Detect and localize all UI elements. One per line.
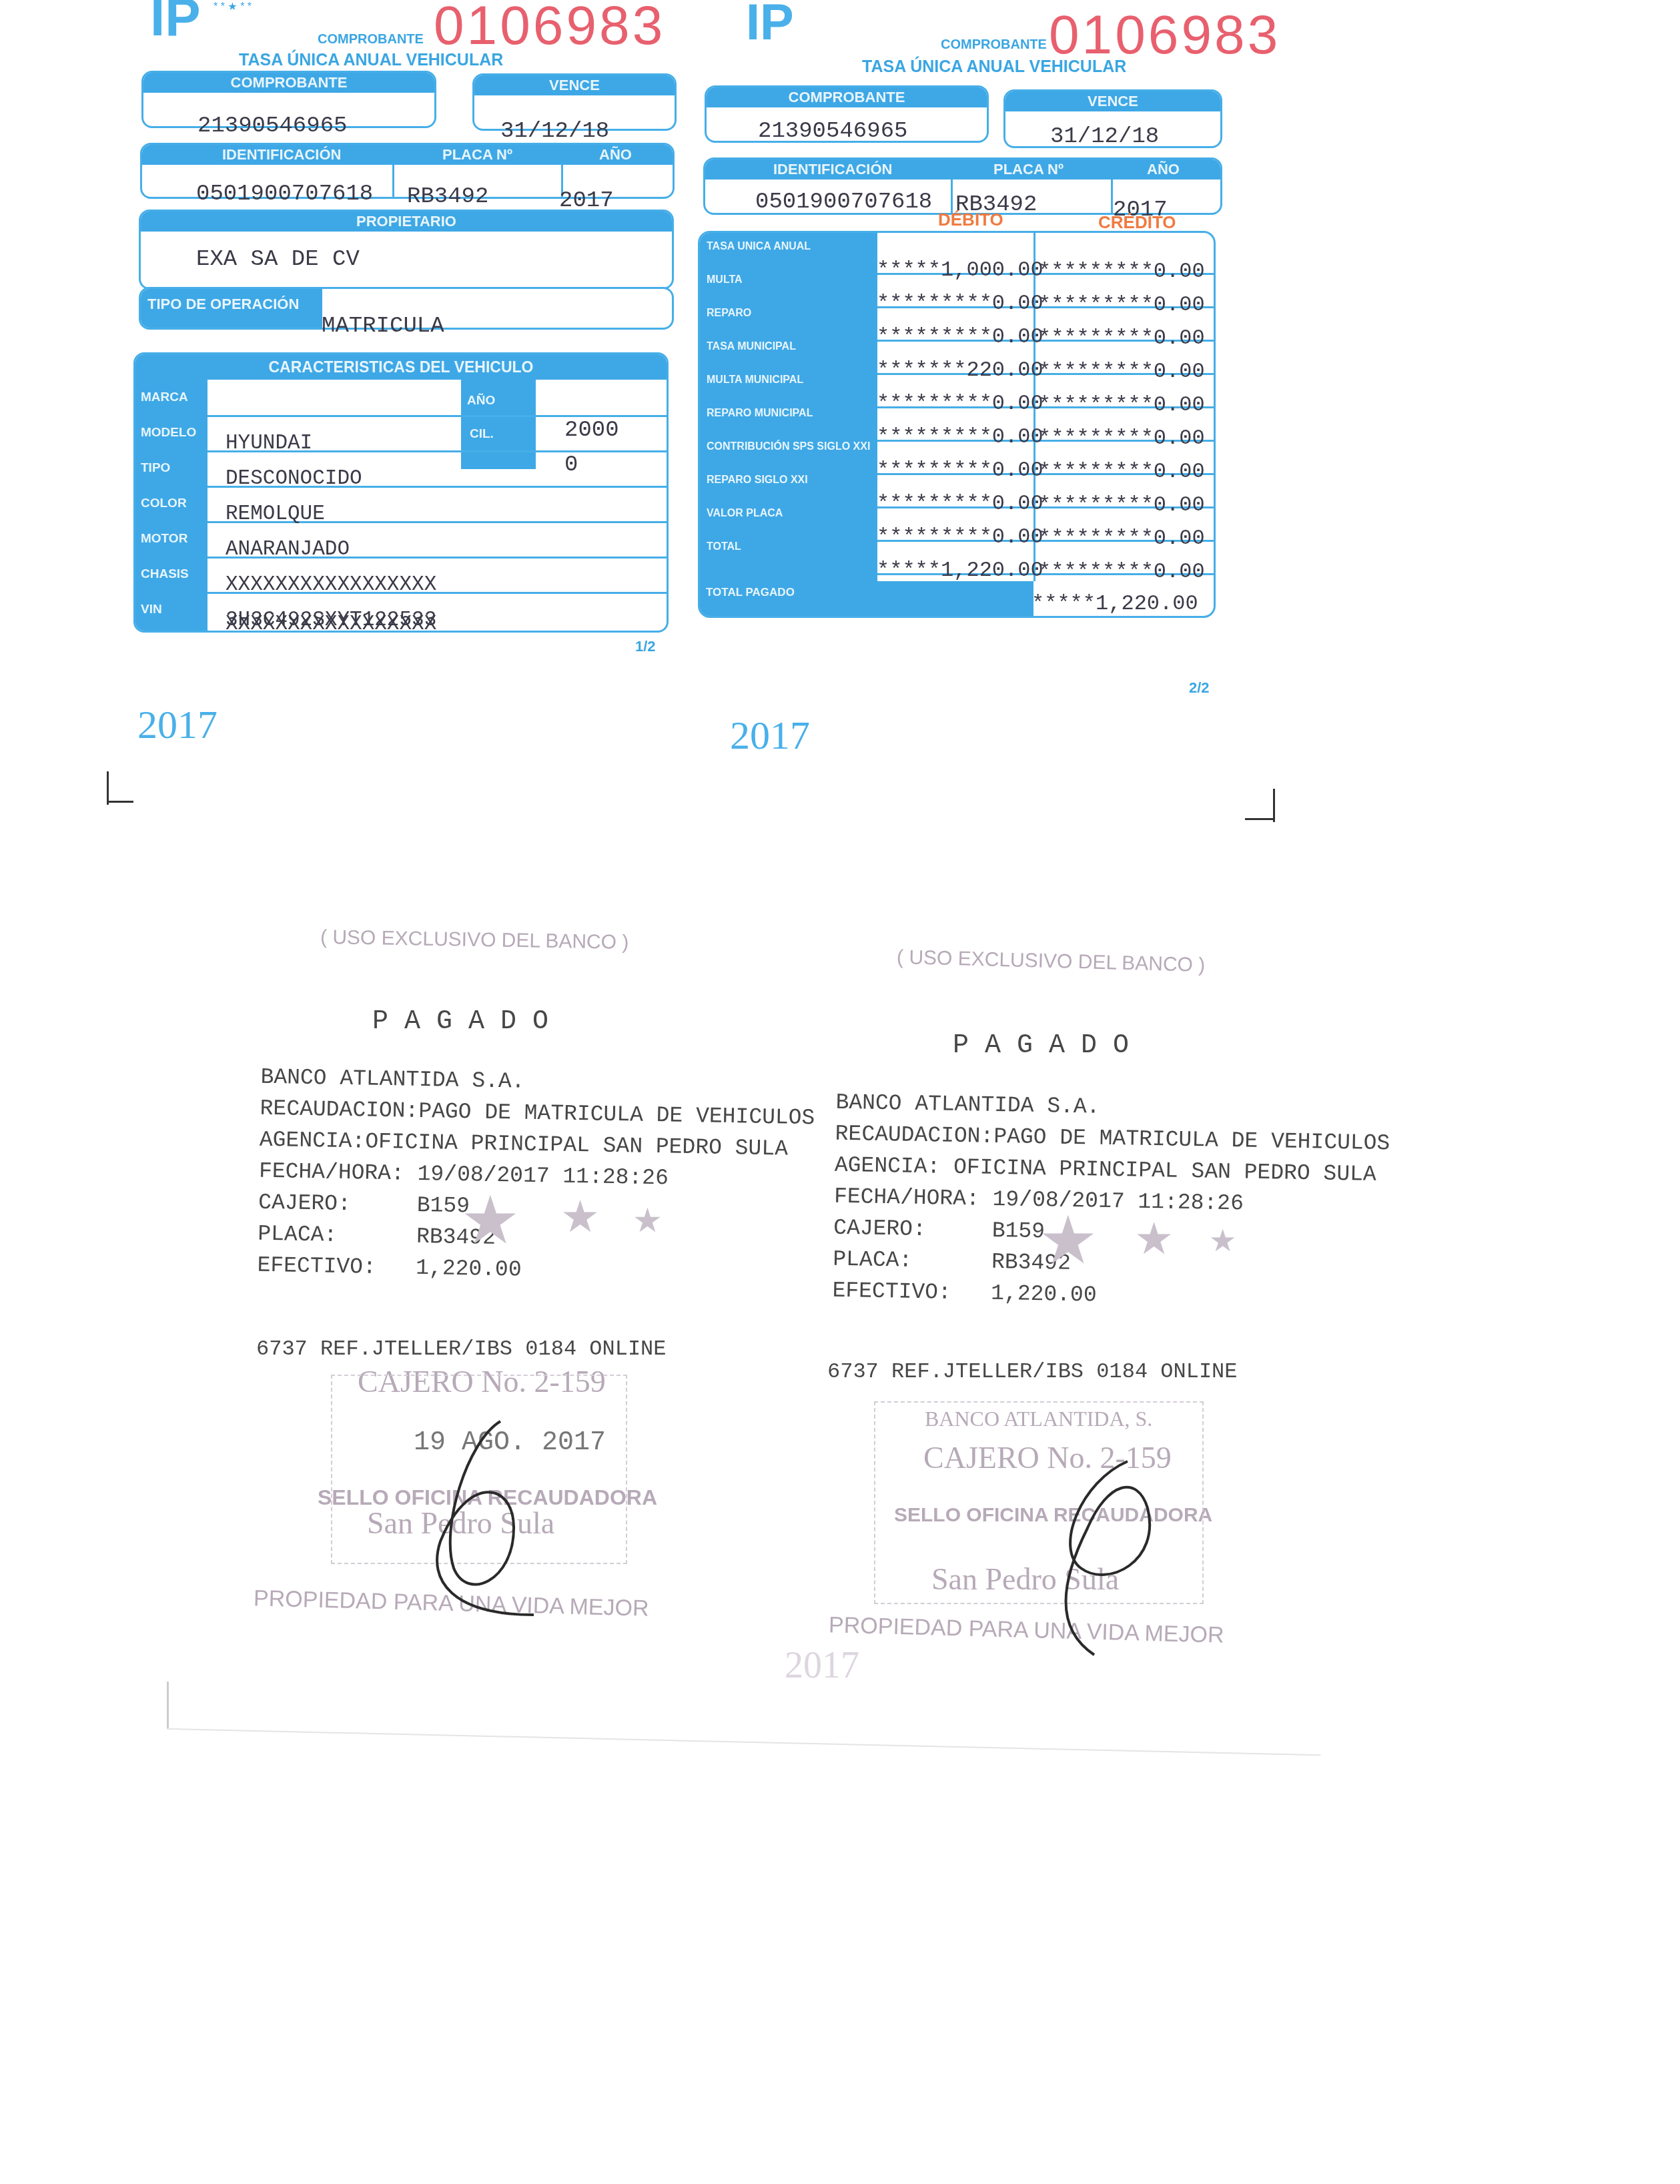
comprobante-header: COMPROBANTE — [707, 87, 987, 107]
uso-exclusivo-label: ( USO EXCLUSIVO DEL BANCO ) — [320, 926, 629, 954]
identificacion-header-bar: IDENTIFICACIÓN PLACA Nº AÑO — [705, 159, 1220, 179]
reference-line: 6737 REF.JTELLER/IBS 0184 ONLINE — [827, 1356, 1238, 1387]
vehicle-field-value: HYUNDAI — [226, 432, 312, 455]
charge-debito: *****1,000.00 — [877, 258, 1043, 282]
comprobante-value: 21390546965 — [758, 119, 907, 144]
charge-credito: *********0.00 — [1038, 559, 1205, 584]
charge-debito: *******220.00 — [877, 358, 1043, 382]
cil-value: 0 — [564, 452, 578, 478]
charge-credito: *********0.00 — [1038, 392, 1205, 417]
vence-header: VENCE — [1005, 91, 1220, 111]
charge-debito: *********0.00 — [877, 458, 1043, 482]
tipo-operacion-label: TIPO DE OPERACIÓN — [147, 296, 299, 312]
charge-label: CONTRIBUCIÓN SPS SIGLO XXI — [707, 441, 870, 453]
year-mark: 2017 — [137, 702, 218, 748]
tipo-operacion-label-bg: TIPO DE OPERACIÓN — [141, 289, 322, 328]
charges-label-column — [700, 233, 877, 616]
vehicle-field-label: COLOR — [141, 496, 187, 511]
total-pagado-value: *****1,220.00 — [1031, 591, 1198, 616]
logo-ip: IP — [150, 0, 201, 48]
charge-credito: *********0.00 — [1038, 526, 1205, 551]
crop-mark — [107, 801, 133, 803]
star-icon: ★ — [560, 1191, 600, 1242]
vehicle-field-value: DESCONOCIDO — [226, 467, 362, 490]
vehicle-field-label: CHASIS — [141, 567, 189, 582]
charge-credito: *********0.00 — [1038, 359, 1205, 384]
vehicle-extra-line: XXXXXXXXXXXXXXXXX — [226, 613, 436, 636]
charge-debito: *********0.00 — [877, 324, 1043, 349]
scan-edge — [167, 1682, 169, 1728]
total-pagado-label: TOTAL PAGADO — [706, 586, 795, 599]
charge-label: VALOR PLACA — [707, 508, 783, 520]
ano-header: AÑO — [599, 145, 632, 165]
ano-vehicle-value: 2000 — [564, 418, 619, 443]
comprobante-label: COMPROBANTE — [318, 32, 424, 47]
charge-credito: *********0.00 — [1038, 326, 1205, 350]
charge-debito: *********0.00 — [877, 291, 1043, 316]
identificacion-value: 0501900707618 — [755, 190, 932, 215]
payment-lines: BANCO ATLANTIDA S.A.RECAUDACION:PAGO DE … — [832, 1087, 1390, 1316]
ano-header: AÑO — [1147, 159, 1180, 179]
vehicle-field-label: MARCA — [141, 390, 188, 405]
vehicle-field-value: REMOLQUE — [226, 502, 325, 526]
vehicle-field-label: MOTOR — [141, 532, 187, 547]
charge-credito: *********0.00 — [1038, 259, 1205, 284]
placa-header: PLACA Nº — [993, 159, 1064, 179]
vehicle-field-label: TIPO — [141, 461, 170, 476]
pagado-label: P A G A D O — [372, 1006, 548, 1038]
charge-debito: *********0.00 — [877, 491, 1043, 516]
charge-label: REPARO MUNICIPAL — [707, 408, 813, 420]
charge-label: TASA MUNICIPAL — [707, 341, 796, 353]
identificacion-header: IDENTIFICACIÓN — [773, 159, 892, 179]
propietario-value: EXA SA DE CV — [196, 247, 360, 272]
vence-value: 31/12/18 — [1050, 124, 1159, 149]
logo-ip: IP — [746, 0, 794, 51]
charge-credito: *********0.00 — [1038, 492, 1205, 517]
reference-line: 6737 REF.JTELLER/IBS 0184 ONLINE — [256, 1333, 667, 1365]
vehicle-field-label: MODELO — [141, 426, 196, 440]
tipo-operacion-value: MATRICULA — [322, 314, 444, 339]
charge-label: MULTA MUNICIPAL — [707, 374, 803, 386]
scan-edge — [167, 1728, 1321, 1756]
vehicle-field-value: XXXXXXXXXXXXXXXXX — [226, 573, 436, 597]
crop-mark — [1273, 789, 1275, 822]
logo-stars: * * ★ * * — [214, 0, 252, 13]
caracteristicas-header: CARACTERISTICAS DEL VEHICULO — [135, 354, 667, 380]
charge-debito: *****1,220.00 — [877, 558, 1043, 583]
form-title: TASA ÚNICA ANUAL VEHICULAR — [239, 51, 503, 70]
placa-value: RB3492 — [407, 184, 488, 210]
uso-exclusivo-label: ( USO EXCLUSIVO DEL BANCO ) — [897, 946, 1206, 977]
vence-header: VENCE — [474, 75, 675, 95]
placa-header: PLACA Nº — [442, 145, 512, 165]
charge-label: TOTAL — [707, 541, 741, 553]
row-divider — [207, 415, 667, 417]
pagado-label: P A G A D O — [953, 1030, 1129, 1062]
page-indicator: 1/2 — [635, 638, 656, 655]
charge-label: REPARO — [707, 308, 751, 320]
propietario-header: PROPIETARIO — [141, 212, 672, 232]
form-title: TASA ÚNICA ANUAL VEHICULAR — [862, 57, 1126, 77]
star-icon: ★ — [1038, 1201, 1098, 1279]
star-icon: ★ — [460, 1181, 520, 1259]
year-mark: 2017 — [730, 713, 810, 759]
star-icon: ★ — [1134, 1213, 1174, 1264]
identificacion-value: 0501900707618 — [196, 181, 373, 207]
crop-mark — [1245, 818, 1274, 820]
comprobante-label: COMPROBANTE — [941, 37, 1047, 53]
charge-credito: *********0.00 — [1038, 459, 1205, 484]
payment-lines: BANCO ATLANTIDA S.A.RECAUDACION:PAGO DE … — [257, 1062, 815, 1291]
crop-mark — [107, 771, 109, 805]
signature-icon — [1027, 1435, 1174, 1662]
charge-label: MULTA — [707, 274, 743, 286]
vehicle-field-value: ANARANJADO — [226, 538, 350, 561]
divider — [951, 179, 953, 213]
charge-debito: *********0.00 — [877, 524, 1043, 549]
comprobante-value: 21390546965 — [197, 113, 347, 139]
charge-debito: *********0.00 — [877, 424, 1043, 449]
year-mark-faded: 2017 — [785, 1644, 859, 1687]
signature-icon — [400, 1381, 534, 1621]
charge-credito: *********0.00 — [1038, 292, 1205, 317]
identificacion-header: IDENTIFICACIÓN — [222, 145, 341, 165]
charge-debito: *********0.00 — [877, 391, 1043, 416]
ano-vehicle-label: AÑO — [467, 394, 495, 408]
credito-label: CRÉDITO — [1098, 212, 1176, 233]
divider — [392, 165, 394, 197]
charge-label: TASA UNICA ANUAL — [707, 241, 811, 253]
star-icon: ★ — [1209, 1222, 1236, 1258]
comprobante-header: COMPROBANTE — [143, 73, 434, 93]
charge-credito: *********0.00 — [1038, 426, 1205, 450]
debito-label: DÉBITO — [938, 210, 1003, 230]
serial-number: 0106983 — [434, 0, 665, 57]
vence-value: 31/12/18 — [500, 119, 609, 144]
star-icon: ★ — [633, 1201, 663, 1240]
page-indicator: 2/2 — [1189, 679, 1210, 697]
identificacion-header-bar: IDENTIFICACIÓN PLACA Nº AÑO — [142, 145, 673, 165]
charge-label: REPARO SIGLO XXI — [707, 474, 808, 486]
vehicle-field-label: VIN — [141, 603, 162, 617]
cil-label: CIL. — [470, 427, 494, 442]
